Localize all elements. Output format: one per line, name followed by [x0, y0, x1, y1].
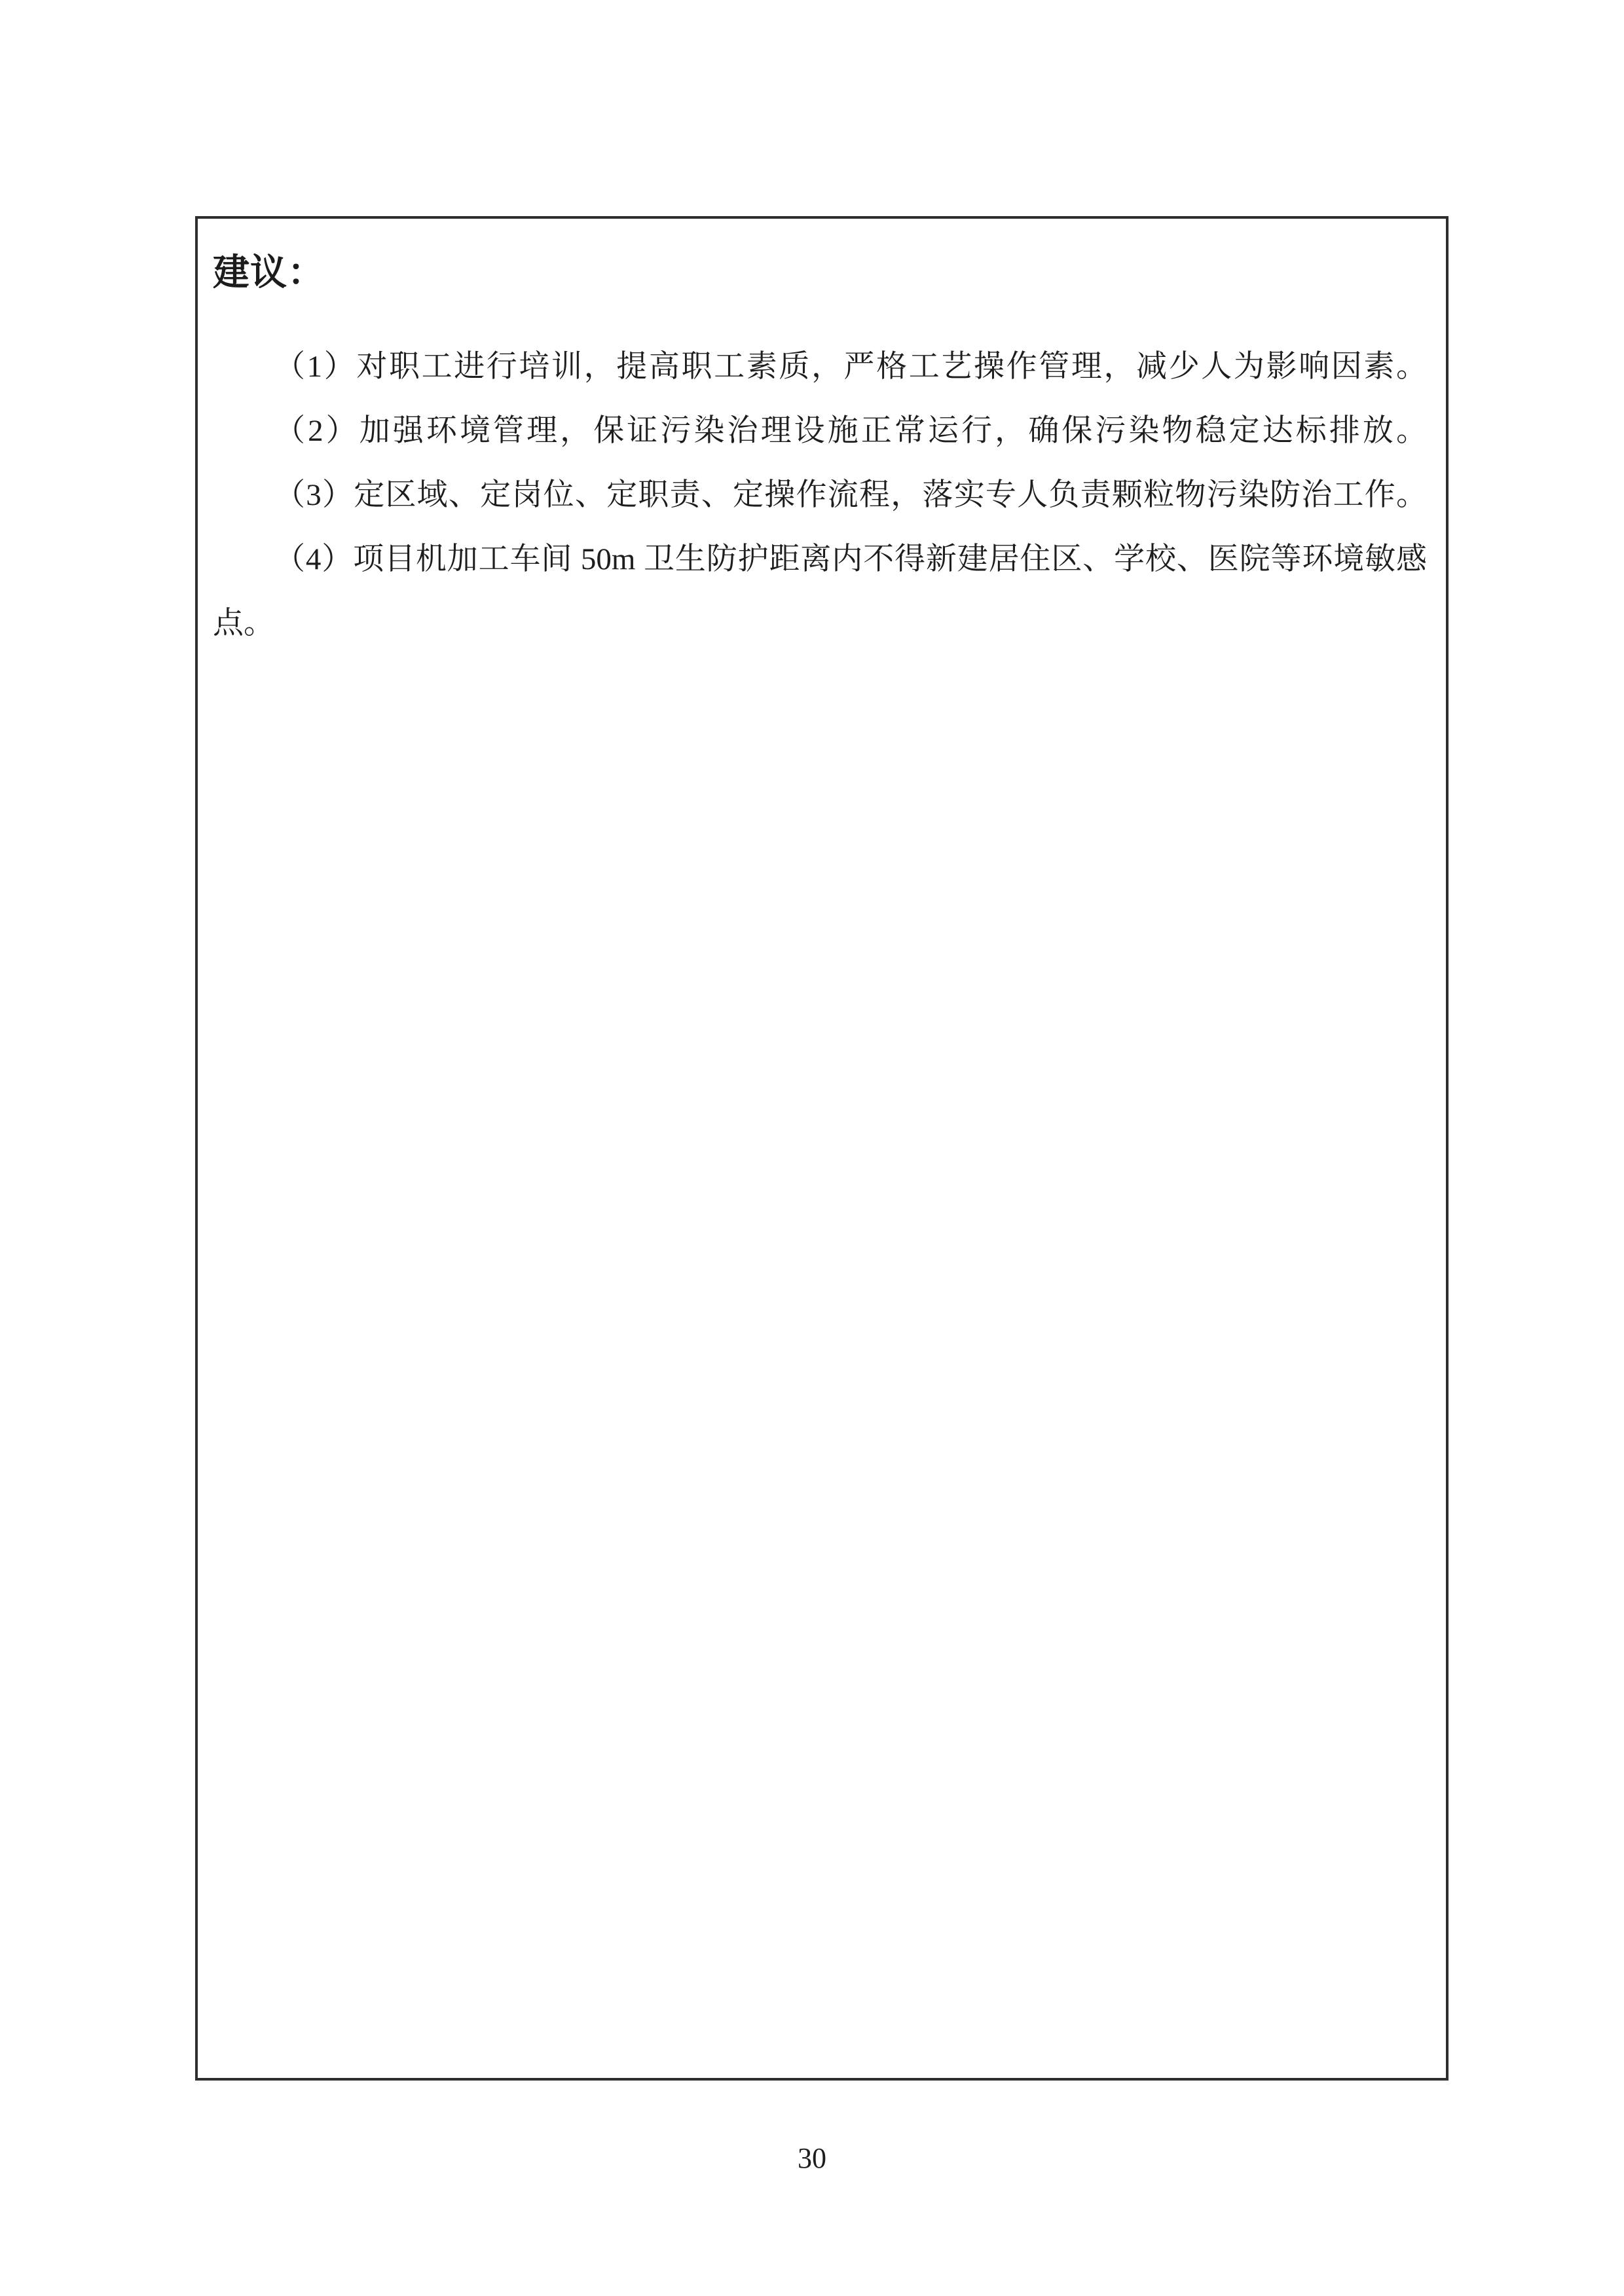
suggestion-line-4-continuation: 点。: [213, 591, 1427, 656]
suggestion-line-2: （2）加强环境管理，保证污染治理设施正常运行，确保污染物稳定达标排放。: [213, 399, 1427, 463]
suggestion-line-3: （3）定区域、定岗位、定职责、定操作流程，落实专人负责颗粒物污染防治工作。: [213, 463, 1427, 527]
suggestion-line-4: （4）项目机加工车间 50m 卫生防护距离内不得新建居住区、学校、医院等环境敏感: [213, 527, 1427, 591]
suggestions-body: （1）对职工进行培训，提高职工素质，严格工艺操作管理，减少人为影响因素。 （2）…: [213, 335, 1427, 656]
document-page: 建议： （1）对职工进行培训，提高职工素质，严格工艺操作管理，减少人为影响因素。…: [0, 0, 1624, 2296]
suggestion-line-1: （1）对职工进行培训，提高职工素质，严格工艺操作管理，减少人为影响因素。: [213, 335, 1427, 399]
suggestions-heading: 建议：: [213, 251, 1427, 295]
suggestions-box: 建议： （1）对职工进行培训，提高职工素质，严格工艺操作管理，减少人为影响因素。…: [195, 216, 1449, 2081]
page-number: 30: [0, 2141, 1624, 2175]
